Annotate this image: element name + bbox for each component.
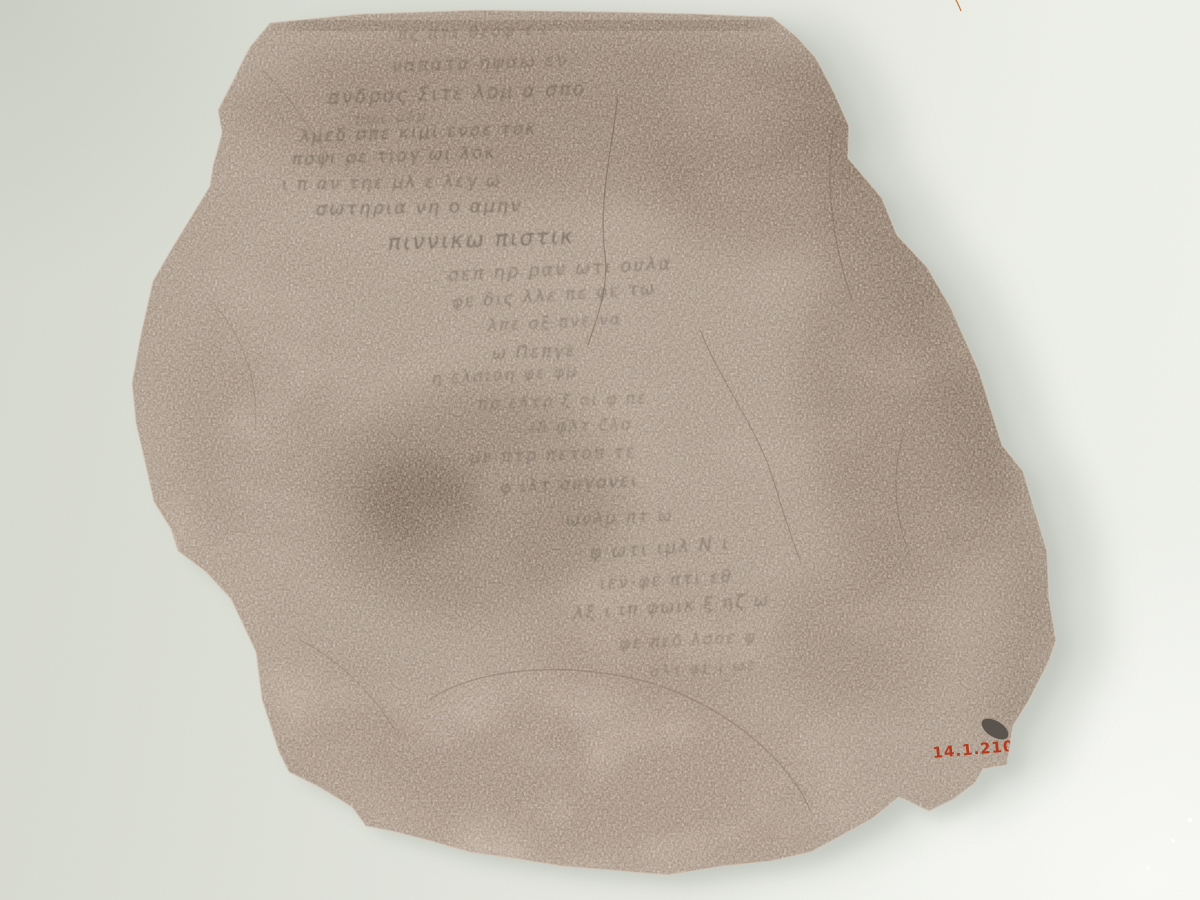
specular-dot (1171, 839, 1175, 843)
specular-dot (1188, 818, 1192, 822)
inscription-line: ιδ φλτ ζλο (529, 414, 633, 437)
inscription-line: σωτηρια νη ο αμην (316, 195, 523, 220)
ostracon-photo: πς πτε θεοψ τ ιναπατα ηψαω ενανδρος Σιτε… (0, 0, 1200, 900)
specular-dot (1146, 866, 1150, 870)
inscription-line: ι π αν τηε μλ ε λεγ ω (282, 171, 503, 195)
inscription-line: ω Πεπγε (491, 341, 577, 364)
photo-scene: πς πτε θεοψ τ ιναπατα ηψαω ενανδρος Σιτε… (0, 0, 1200, 900)
